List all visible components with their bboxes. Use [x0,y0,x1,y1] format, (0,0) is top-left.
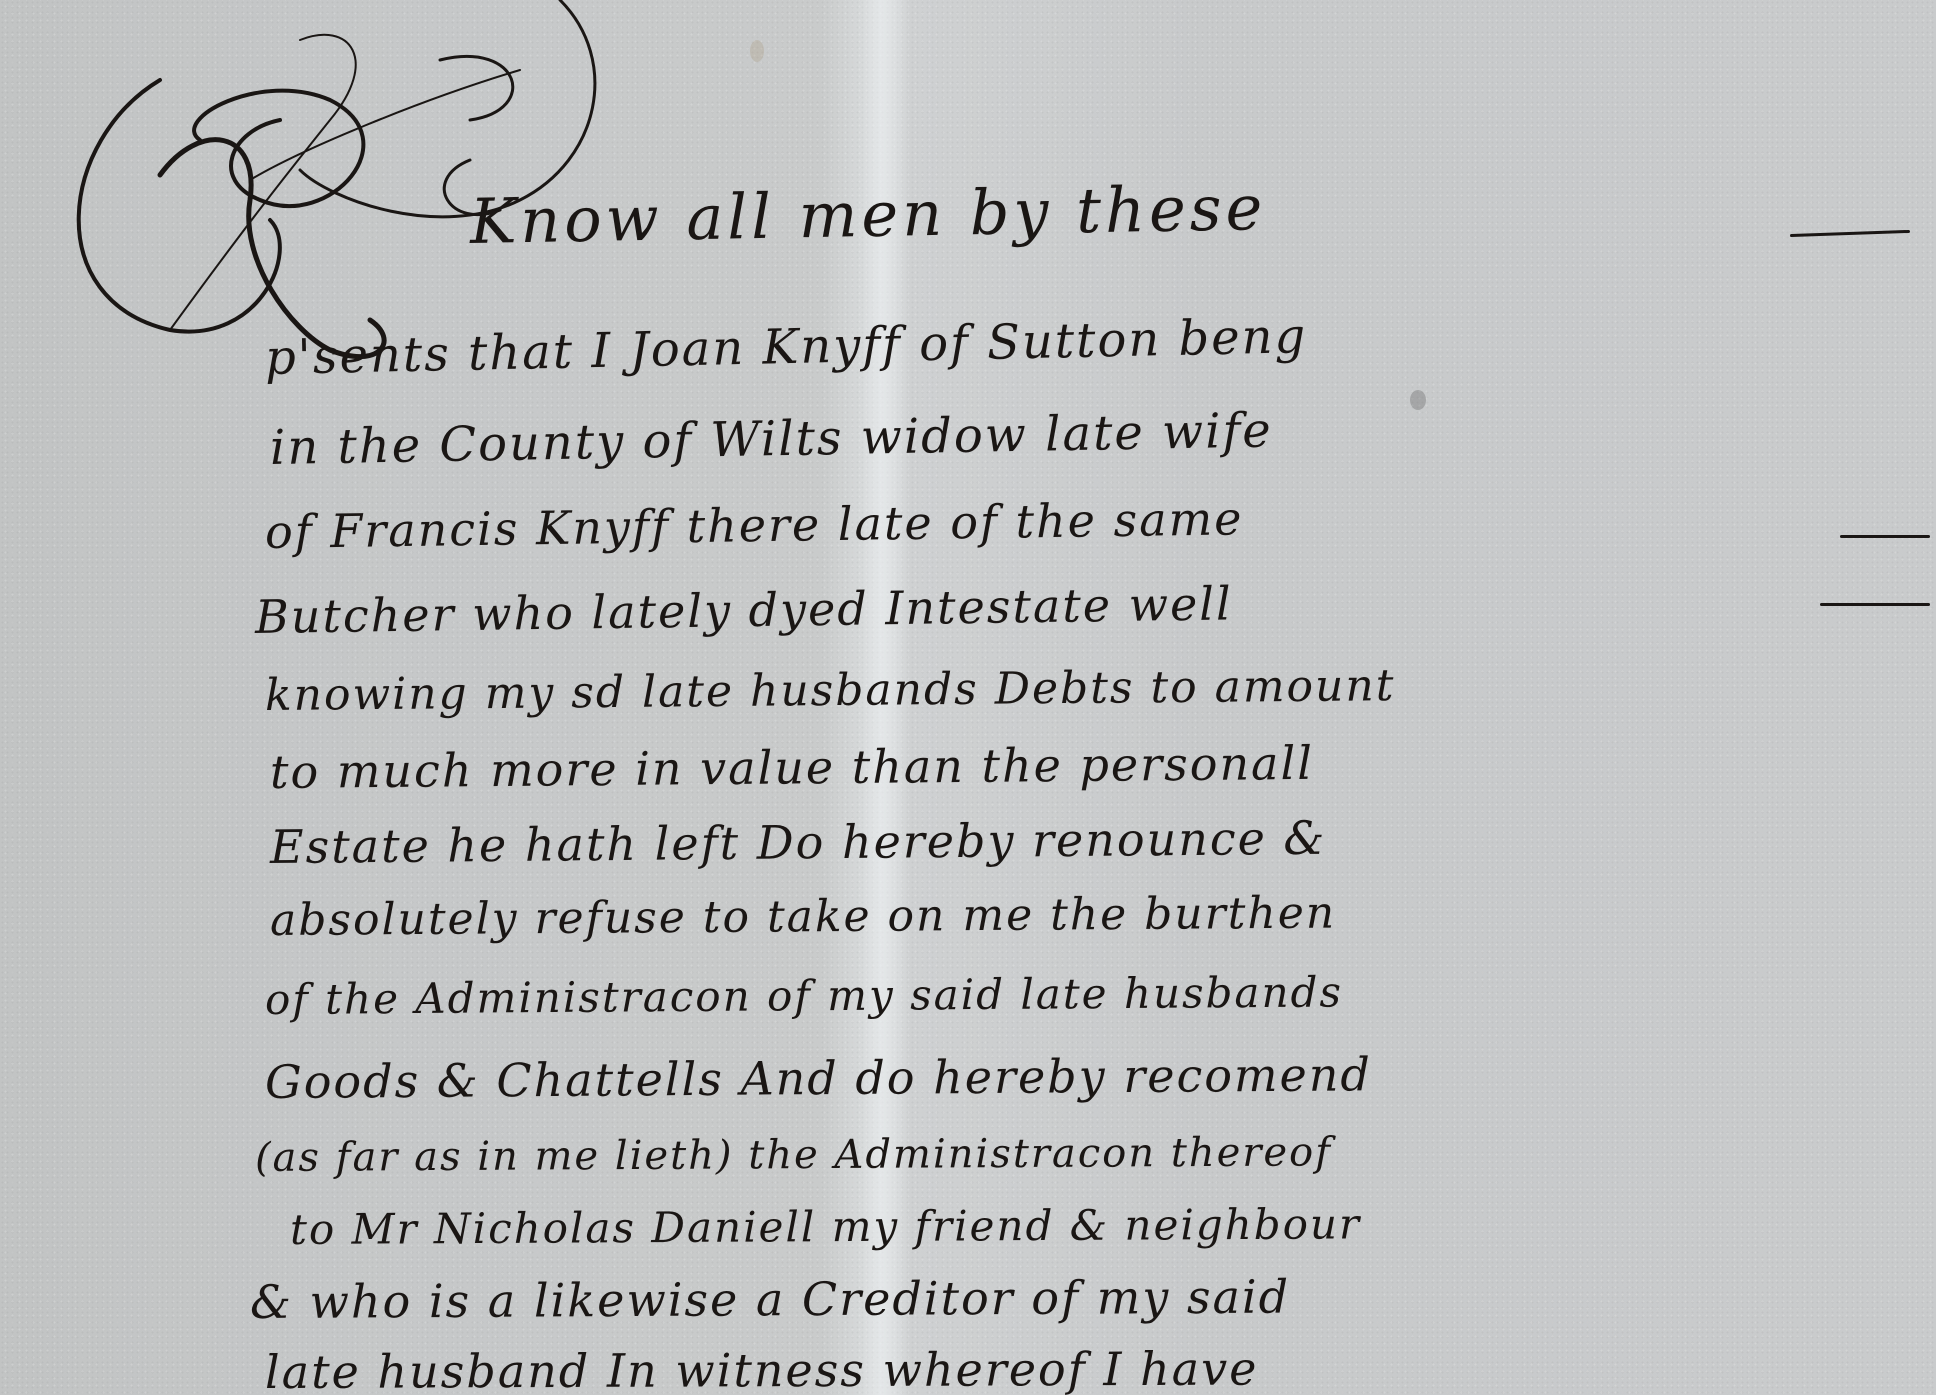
manuscript-line: of Francis Knyff there late of the same [265,491,1244,559]
manuscript-line: p'sents that I Joan Knyff of Sutton beng [264,308,1307,386]
paper-stain [750,40,764,62]
manuscript-line: late husband In witness whereof I have [265,1342,1259,1395]
paper-stain [1410,390,1426,410]
manuscript-line: to much more in value than the personall [270,736,1314,799]
line-filler-dash [1820,603,1930,606]
manuscript-line: (as far as in me lieth) the Administraco… [255,1129,1332,1181]
manuscript-line: Butcher who lately dyed Intestate well [255,576,1233,644]
manuscript-line: knowing my sd late husbands Debts to amo… [265,660,1396,721]
manuscript-line: Estate he hath left Do hereby renounce & [270,811,1327,874]
manuscript-page: Know all men by these p'sents that I Joa… [0,0,1936,1395]
line-filler-dash [1790,230,1910,237]
manuscript-line: absolutely refuse to take on me the burt… [270,888,1336,946]
manuscript-line: of the Administracon of my said late hus… [265,967,1343,1024]
manuscript-line: Goods & Chattells And do hereby recomend [265,1047,1372,1109]
manuscript-line: to Mr Nicholas Daniell my friend & neigh… [290,1199,1361,1254]
manuscript-line: & who is a likewise a Creditor of my sai… [250,1270,1290,1329]
manuscript-line: Know all men by these [469,171,1266,258]
manuscript-line: in the County of Wilts widow late wife [270,403,1274,476]
line-filler-dash [1840,535,1930,538]
